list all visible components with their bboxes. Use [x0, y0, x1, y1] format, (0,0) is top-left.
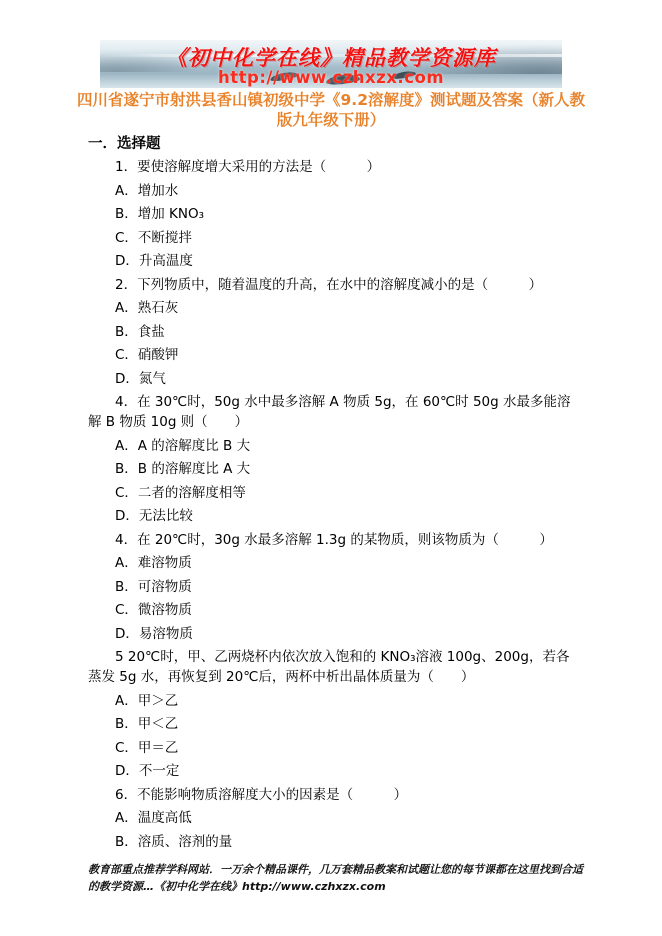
document-title: 四川省遂宁市射洪县香山镇初级中学《9.2溶解度》测试题及答案（新人教版九年级下册… — [74, 90, 588, 130]
option-item: A．熟石灰 — [88, 298, 576, 318]
section-heading: 一．选择题 — [88, 136, 662, 152]
option-item: A．难溶物质 — [88, 553, 576, 573]
question-stem: 6．不能影响物质溶解度大小的因素是（ ） — [88, 785, 576, 805]
option-item: D．无法比较 — [88, 506, 576, 526]
banner-site-url: http://www.czhxzx.com — [100, 69, 562, 86]
option-item: A．温度高低 — [88, 808, 576, 828]
question-block: 4．在 30℃时，50g 水中最多溶解 A 物质 5g，在 60℃时 50g 水… — [88, 392, 576, 526]
question-stem: 4．在 20℃时，30g 水最多溶解 1.3g 的某物质，则该物质为（ ） — [88, 530, 576, 550]
option-item: A．甲＞乙 — [88, 691, 576, 711]
option-item: B．甲＜乙 — [88, 714, 576, 734]
page-footer: 教育部重点推荐学科网站．一万余个精品课件，几万套精品教案和试题让您的每节课都在这… — [88, 861, 586, 895]
option-item: B．B 的溶解度比 A 大 — [88, 459, 576, 479]
option-item: C．微溶物质 — [88, 600, 576, 620]
option-item: D．易溶物质 — [88, 624, 576, 644]
option-item: C．不断搅拌 — [88, 228, 576, 248]
option-item: D．氮气 — [88, 369, 576, 389]
question-block: 4．在 20℃时，30g 水最多溶解 1.3g 的某物质，则该物质为（ ） A．… — [88, 530, 576, 644]
option-item: C．甲＝乙 — [88, 738, 576, 758]
question-stem: 2．下列物质中，随着温度的升高，在水中的溶解度减小的是（ ） — [88, 275, 576, 295]
question-stem: 1．要使溶解度增大采用的方法是（ ） — [88, 157, 576, 177]
question-block: 5 20℃时，甲、乙两烧杯内依次放入饱和的 KNO₃溶液 100g、200g，若… — [88, 647, 576, 781]
option-item: B．食盐 — [88, 322, 576, 342]
question-block: 1．要使溶解度增大采用的方法是（ ） A．增加水 B．增加 KNO₃ C．不断搅… — [88, 157, 576, 271]
option-item: C．二者的溶解度相等 — [88, 483, 576, 503]
option-item: D．不一定 — [88, 761, 576, 781]
option-item: B．可溶物质 — [88, 577, 576, 597]
option-item: A．A 的溶解度比 B 大 — [88, 436, 576, 456]
questions-area: 1．要使溶解度增大采用的方法是（ ） A．增加水 B．增加 KNO₃ C．不断搅… — [88, 157, 576, 852]
header-banner-image: 《初中化学在线》精品教学资源库 http://www.czhxzx.com — [100, 40, 562, 88]
question-block: 2．下列物质中，随着温度的升高，在水中的溶解度减小的是（ ） A．熟石灰 B．食… — [88, 275, 576, 389]
question-stem: 5 20℃时，甲、乙两烧杯内依次放入饱和的 KNO₃溶液 100g、200g，若… — [88, 647, 576, 687]
banner-site-title: 《初中化学在线》精品教学资源库 — [100, 47, 562, 69]
option-item: D．升高温度 — [88, 251, 576, 271]
question-block: 6．不能影响物质溶解度大小的因素是（ ） A．温度高低 B．溶质、溶剂的量 — [88, 785, 576, 852]
option-item: A．增加水 — [88, 181, 576, 201]
question-stem: 4．在 30℃时，50g 水中最多溶解 A 物质 5g，在 60℃时 50g 水… — [88, 392, 576, 432]
option-item: B．溶质、溶剂的量 — [88, 832, 576, 852]
option-item: B．增加 KNO₃ — [88, 204, 576, 224]
option-item: C．硝酸钾 — [88, 345, 576, 365]
